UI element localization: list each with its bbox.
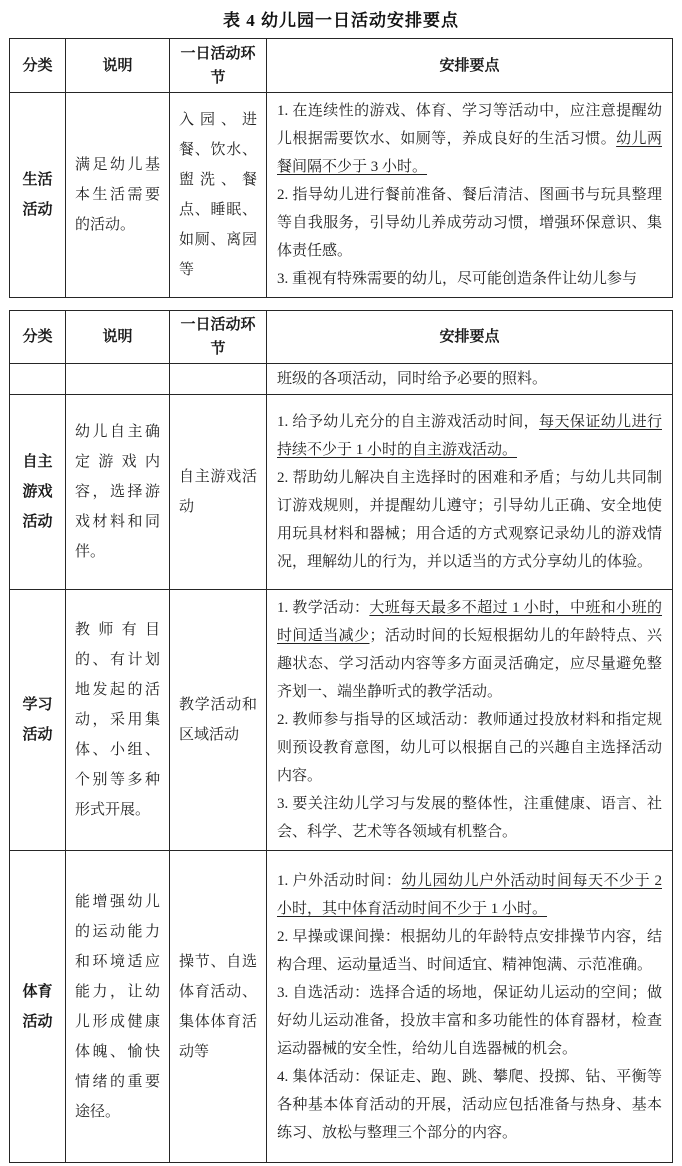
activities-table-1: 分类 说明 一日活动环节 安排要点 生活活动 满足幼儿基本生活需要的活动。 入园… (9, 38, 673, 298)
description-cell: 幼儿自主确定游戏内容，选择游戏材料和同伴。 (66, 395, 170, 590)
point-item: 3. 重视有特殊需要的幼儿，尽可能创造条件让幼儿参与 (277, 265, 662, 293)
header-key-points: 安排要点 (267, 311, 673, 364)
category-cell: 生活活动 (10, 93, 66, 298)
segments-cell: 教学活动和区域活动 (170, 590, 267, 851)
segments-cell: 操节、自选体育活动、集体体育活动等 (170, 851, 267, 1163)
point-item: 1. 在连续性的游戏、体育、学习等活动中，应注意提醒幼儿根据需要饮水、如厕等，养… (277, 97, 662, 181)
point-item: 1. 户外活动时间：幼儿园幼儿户外活动时间每天不少于 2 小时，其中体育活动时间… (277, 867, 662, 923)
activities-table-2: 分类 说明 一日活动环节 安排要点 班级的各项活动，同时给予必要的照料。 自主游… (9, 310, 673, 1163)
category-cell: 自主游戏活动 (10, 395, 66, 590)
category-cell: 学习活动 (10, 590, 66, 851)
points-cell: 1. 户外活动时间：幼儿园幼儿户外活动时间每天不少于 2 小时，其中体育活动时间… (267, 851, 673, 1163)
description-cell-empty (66, 364, 170, 395)
row-life-activities: 生活活动 满足幼儿基本生活需要的活动。 入园、进餐、饮水、盥洗、餐点、睡眠、如厕… (10, 93, 673, 298)
header-daily-segments: 一日活动环节 (170, 311, 267, 364)
points-cell: 1. 给予幼儿充分的自主游戏活动时间，每天保证幼儿进行持续不少于 1 小时的自主… (267, 395, 673, 590)
point-item: 3. 自选活动：选择合适的场地，保证幼儿运动的空间；做好幼儿运动准备，投放丰富和… (277, 979, 662, 1063)
segments-cell-empty (170, 364, 267, 395)
header-description: 说明 (66, 311, 170, 364)
point-item: 2. 帮助幼儿解决自主选择时的困难和矛盾；与幼儿共同制订游戏规则，并提醒幼儿遵守… (277, 464, 662, 576)
header-category: 分类 (10, 39, 66, 93)
point-item: 2. 指导幼儿进行餐前准备、餐后清洁、图画书与玩具整理等自我服务，引导幼儿养成劳… (277, 181, 662, 265)
header-description: 说明 (66, 39, 170, 93)
header-category: 分类 (10, 311, 66, 364)
table-1-header-row: 分类 说明 一日活动环节 安排要点 (10, 39, 673, 93)
point-item: 2. 教师参与指导的区域活动：教师通过投放材料和指定规则预设教育意图，幼儿可以根… (277, 706, 662, 790)
document-page: 表 4 幼儿园一日活动安排要点 分类 说明 一日活动环节 安排要点 生活活动 满… (0, 0, 682, 1166)
description-cell: 教师有目的、有计划地发起的活动，采用集体、小组、个别等多种形式开展。 (66, 590, 170, 851)
description-cell: 满足幼儿基本生活需要的活动。 (66, 93, 170, 298)
table-2-header-row: 分类 说明 一日活动环节 安排要点 (10, 311, 673, 364)
header-daily-segments: 一日活动环节 (170, 39, 267, 93)
category-cell: 体育活动 (10, 851, 66, 1163)
point-item: 3. 要关注幼儿学习与发展的整体性，注重健康、语言、社会、科学、艺术等各领域有机… (277, 790, 662, 846)
row-learning-activities: 学习活动 教师有目的、有计划地发起的活动，采用集体、小组、个别等多种形式开展。 … (10, 590, 673, 851)
row-free-play-activities: 自主游戏活动 幼儿自主确定游戏内容，选择游戏材料和同伴。 自主游戏活动 1. 给… (10, 395, 673, 590)
row-sports-activities: 体育活动 能增强幼儿的运动能力和环境适应能力，让幼儿形成健康体魄、愉快情绪的重要… (10, 851, 673, 1163)
point-item: 1. 教学活动：大班每天最多不超过 1 小时，中班和小班的时间适当减少；活动时间… (277, 594, 662, 706)
table-title: 表 4 幼儿园一日活动安排要点 (9, 6, 673, 31)
point-item: 2. 早操或课间操：根据幼儿的年龄特点安排操节内容，结构合理、运动量适当、时间适… (277, 923, 662, 979)
point-item: 4. 集体活动：保证走、跑、跳、攀爬、投掷、钻、平衡等各种基本体育活动的开展，活… (277, 1063, 662, 1147)
points-cell: 1. 在连续性的游戏、体育、学习等活动中，应注意提醒幼儿根据需要饮水、如厕等，养… (267, 93, 673, 298)
segments-cell: 入园、进餐、饮水、盥洗、餐点、睡眠、如厕、离园等 (170, 93, 267, 298)
category-cell-empty (10, 364, 66, 395)
points-cell: 1. 教学活动：大班每天最多不超过 1 小时，中班和小班的时间适当减少；活动时间… (267, 590, 673, 851)
point-item: 班级的各项活动，同时给予必要的照料。 (277, 368, 662, 390)
row-continuation: 班级的各项活动，同时给予必要的照料。 (10, 364, 673, 395)
header-key-points: 安排要点 (267, 39, 673, 93)
points-cell: 班级的各项活动，同时给予必要的照料。 (267, 364, 673, 395)
point-item: 1. 给予幼儿充分的自主游戏活动时间，每天保证幼儿进行持续不少于 1 小时的自主… (277, 408, 662, 464)
segments-cell: 自主游戏活动 (170, 395, 267, 590)
description-cell: 能增强幼儿的运动能力和环境适应能力，让幼儿形成健康体魄、愉快情绪的重要途径。 (66, 851, 170, 1163)
